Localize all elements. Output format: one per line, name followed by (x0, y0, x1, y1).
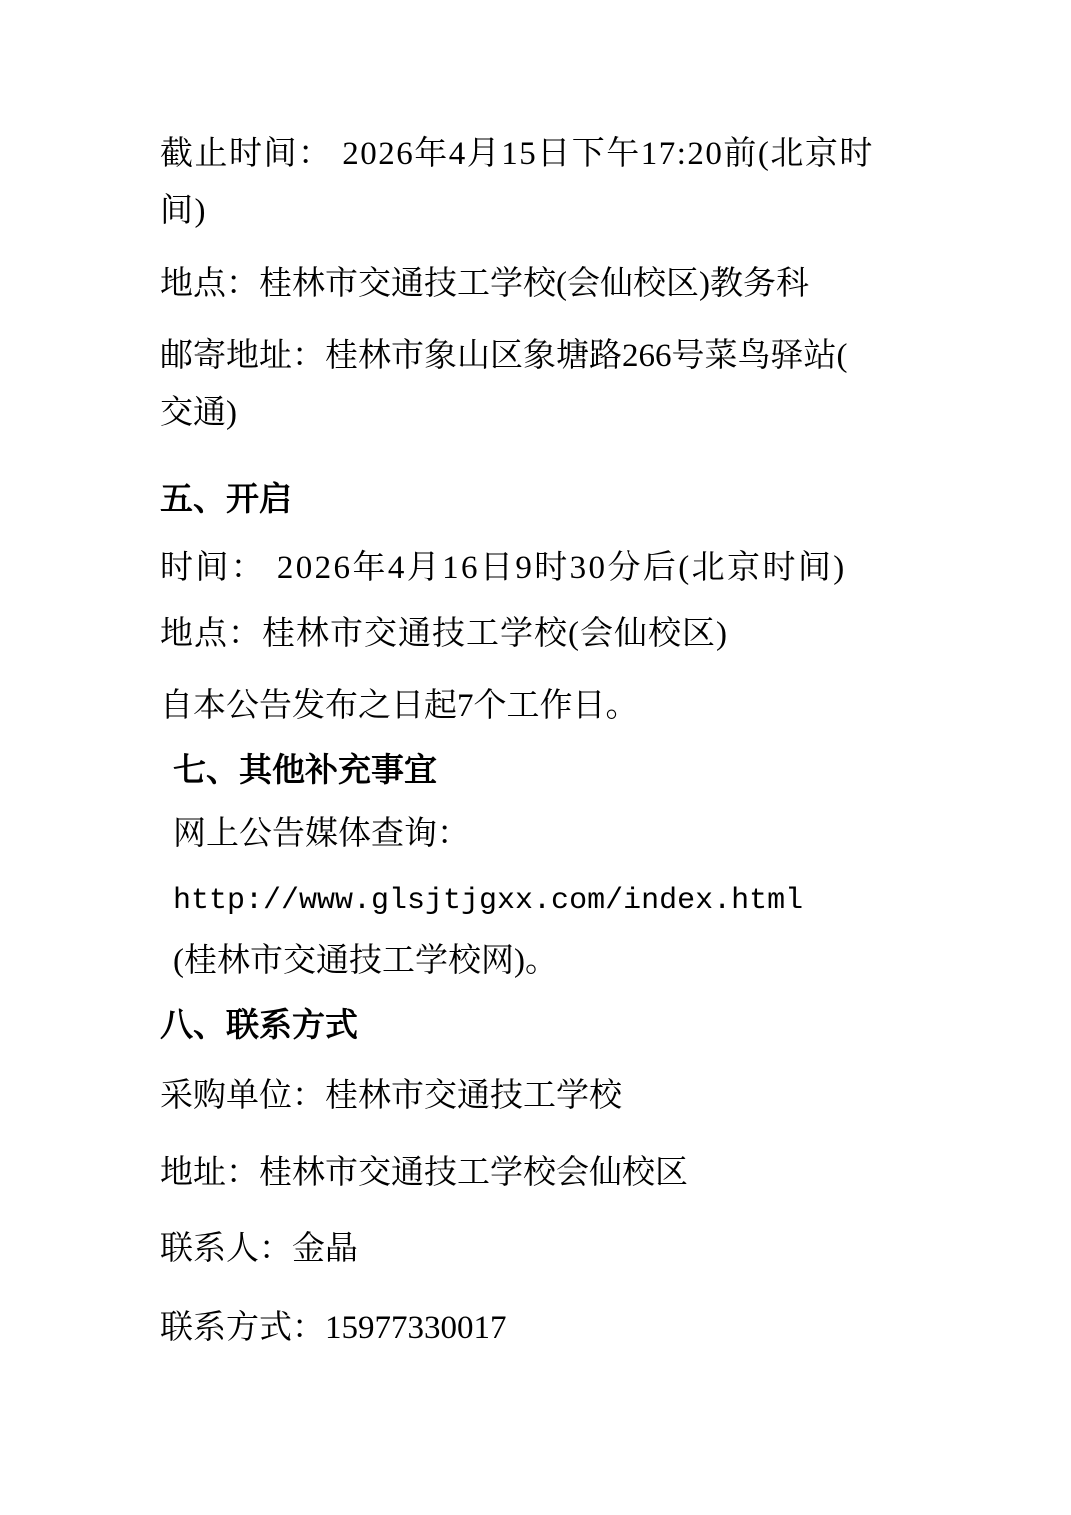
heading-line: 八、联系方式 (160, 996, 358, 1053)
paragraph-opening-time: 时间： 2026年4月16日9时30分后(北京时间) (160, 540, 847, 597)
url-line: http://www.glsjtjgxx.com/index.html (173, 873, 803, 930)
paragraph-website-name: (桂林市交通技工学校网)。 (173, 933, 558, 990)
text-line: 时间： 2026年4月16日9时30分后(北京时间) (160, 540, 847, 597)
text-line: 地点：桂林市交通技工学校(会仙校区) (160, 606, 728, 663)
paragraph-announcement-period: 自本公告发布之日起7个工作日。 (160, 678, 639, 735)
section-8-heading: 八、联系方式 (160, 996, 358, 1053)
website-url: http://www.glsjtjgxx.com/index.html (173, 873, 803, 930)
text-line: 交通) (160, 385, 848, 442)
text-line: (桂林市交通技工学校网)。 (173, 933, 558, 990)
heading-line: 五、开启 (160, 470, 292, 527)
section-7-heading: 七、其他补充事宜 (173, 741, 437, 798)
paragraph-contact-person: 联系人：金晶 (160, 1221, 358, 1278)
paragraph-purchasing-unit: 采购单位：桂林市交通技工学校 (160, 1068, 622, 1125)
document-page: 截止时间： 2026年4月15日下午17:20前(北京时 间) 地点：桂林市交通… (0, 0, 1071, 1515)
paragraph-deadline: 截止时间： 2026年4月15日下午17:20前(北京时 间) (160, 126, 874, 240)
text-line: 联系人：金晶 (160, 1221, 358, 1278)
paragraph-mailing-address: 邮寄地址：桂林市象山区象塘路266号菜鸟驿站( 交通) (160, 328, 848, 442)
heading-line: 七、其他补充事宜 (173, 741, 437, 798)
text-line: 地址：桂林市交通技工学校会仙校区 (160, 1145, 688, 1202)
paragraph-submit-location: 地点：桂林市交通技工学校(会仙校区)教务科 (160, 256, 809, 313)
text-line: 自本公告发布之日起7个工作日。 (160, 678, 639, 735)
text-line: 间) (160, 183, 874, 240)
text-line: 网上公告媒体查询： (173, 806, 470, 863)
text-line: 采购单位：桂林市交通技工学校 (160, 1068, 622, 1125)
paragraph-contact-address: 地址：桂林市交通技工学校会仙校区 (160, 1145, 688, 1202)
paragraph-opening-location: 地点：桂林市交通技工学校(会仙校区) (160, 606, 728, 663)
paragraph-contact-phone: 联系方式：15977330017 (160, 1300, 507, 1357)
text-line: 联系方式：15977330017 (160, 1300, 507, 1357)
text-line: 邮寄地址：桂林市象山区象塘路266号菜鸟驿站( (160, 328, 848, 385)
text-line: 地点：桂林市交通技工学校(会仙校区)教务科 (160, 256, 809, 313)
paragraph-media-query-label: 网上公告媒体查询： (173, 806, 470, 863)
section-5-heading: 五、开启 (160, 470, 292, 527)
text-line: 截止时间： 2026年4月15日下午17:20前(北京时 (160, 126, 874, 183)
